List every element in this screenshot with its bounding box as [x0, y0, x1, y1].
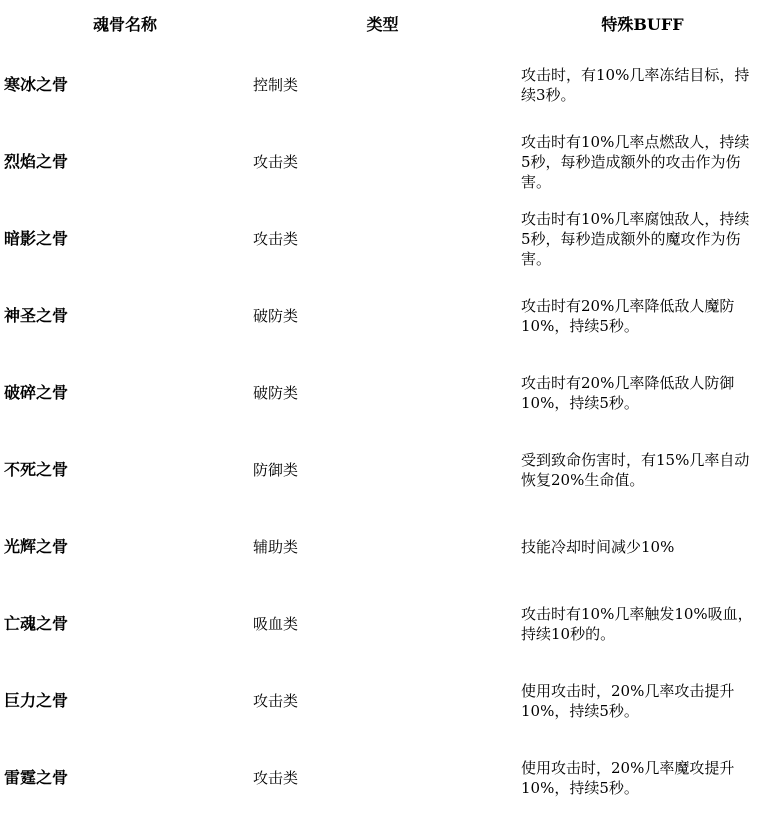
bone-buff: 技能冷却时间减少10% — [515, 508, 770, 585]
column-header-type: 类型 — [250, 0, 515, 46]
bone-buff: 攻击时有10%几率腐蚀敌人，持续5秒，每秒造成额外的魔攻作为伤害。 — [515, 200, 770, 277]
bone-name: 暗影之骨 — [0, 200, 250, 277]
soul-bone-table: 魂骨名称 类型 特殊BUFF 寒冰之骨 控制类 攻击时，有10%几率冻结目标，持… — [0, 0, 770, 816]
bone-type: 辅助类 — [250, 508, 515, 585]
bone-buff: 使用攻击时，20%几率魔攻提升10%，持续5秒。 — [515, 739, 770, 816]
bone-type: 破防类 — [250, 354, 515, 431]
table-row: 寒冰之骨 控制类 攻击时，有10%几率冻结目标，持续3秒。 — [0, 46, 770, 123]
bone-buff: 攻击时有20%几率降低敌人防御10%，持续5秒。 — [515, 354, 770, 431]
bone-type: 攻击类 — [250, 739, 515, 816]
bone-type: 控制类 — [250, 46, 515, 123]
bone-buff: 攻击时，有10%几率冻结目标，持续3秒。 — [515, 46, 770, 123]
bone-name: 破碎之骨 — [0, 354, 250, 431]
bone-type: 攻击类 — [250, 662, 515, 739]
bone-name: 光辉之骨 — [0, 508, 250, 585]
bone-type: 破防类 — [250, 277, 515, 354]
table-row: 巨力之骨 攻击类 使用攻击时，20%几率攻击提升10%，持续5秒。 — [0, 662, 770, 739]
bone-type: 吸血类 — [250, 585, 515, 662]
bone-buff: 攻击时有10%几率点燃敌人，持续5秒，每秒造成额外的攻击作为伤害。 — [515, 123, 770, 200]
table-row: 不死之骨 防御类 受到致命伤害时，有15%几率自动恢复20%生命值。 — [0, 431, 770, 508]
bone-type: 攻击类 — [250, 200, 515, 277]
bone-name: 亡魂之骨 — [0, 585, 250, 662]
table-row: 暗影之骨 攻击类 攻击时有10%几率腐蚀敌人，持续5秒，每秒造成额外的魔攻作为伤… — [0, 200, 770, 277]
bone-name: 巨力之骨 — [0, 662, 250, 739]
table-row: 破碎之骨 破防类 攻击时有20%几率降低敌人防御10%，持续5秒。 — [0, 354, 770, 431]
column-header-special-buff: 特殊BUFF — [515, 0, 770, 46]
bone-buff: 使用攻击时，20%几率攻击提升10%，持续5秒。 — [515, 662, 770, 739]
bone-name: 烈焰之骨 — [0, 123, 250, 200]
bone-name: 不死之骨 — [0, 431, 250, 508]
table-row: 光辉之骨 辅助类 技能冷却时间减少10% — [0, 508, 770, 585]
column-header-bone-name: 魂骨名称 — [0, 0, 250, 46]
bone-name: 寒冰之骨 — [0, 46, 250, 123]
table-row: 亡魂之骨 吸血类 攻击时有10%几率触发10%吸血，持续10秒的。 — [0, 585, 770, 662]
bone-buff: 受到致命伤害时，有15%几率自动恢复20%生命值。 — [515, 431, 770, 508]
table-row: 雷霆之骨 攻击类 使用攻击时，20%几率魔攻提升10%，持续5秒。 — [0, 739, 770, 816]
bone-buff: 攻击时有20%几率降低敌人魔防10%，持续5秒。 — [515, 277, 770, 354]
table-row: 神圣之骨 破防类 攻击时有20%几率降低敌人魔防10%，持续5秒。 — [0, 277, 770, 354]
bone-name: 雷霆之骨 — [0, 739, 250, 816]
bone-name: 神圣之骨 — [0, 277, 250, 354]
table-row: 烈焰之骨 攻击类 攻击时有10%几率点燃敌人，持续5秒，每秒造成额外的攻击作为伤… — [0, 123, 770, 200]
bone-buff: 攻击时有10%几率触发10%吸血，持续10秒的。 — [515, 585, 770, 662]
bone-type: 防御类 — [250, 431, 515, 508]
table-header-row: 魂骨名称 类型 特殊BUFF — [0, 0, 770, 46]
bone-type: 攻击类 — [250, 123, 515, 200]
